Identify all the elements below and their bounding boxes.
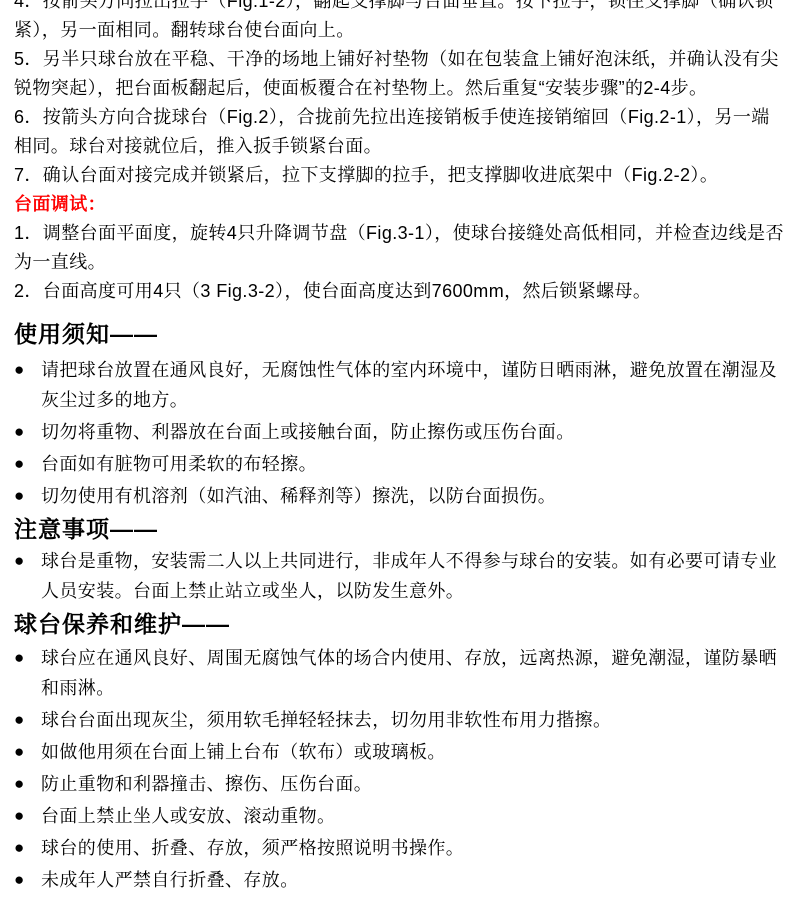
bullet-icon: ●: [14, 833, 25, 863]
list-item-text: 球台是重物，安装需二人以上共同进行，非成年人不得参与球台的安装。如有必要可请专业…: [41, 551, 777, 601]
list-item-text: 请把球台放置在通风良好，无腐蚀性气体的室内环境中，谨防日晒雨淋，避免放置在潮湿及…: [41, 360, 777, 410]
list-item: ● 请把球台放置在通风良好，无腐蚀性气体的室内环境中，谨防日晒雨淋，避免放置在潮…: [14, 355, 784, 415]
bullet-icon: ●: [14, 417, 25, 447]
list-item: ● 未成年人严禁自行折叠、存放。: [14, 865, 784, 895]
assembly-step-5: 5．另半只球台放在平稳、干净的场地上铺好衬垫物（如在包装盒上铺好泡沫纸，并确认没…: [14, 45, 784, 103]
list-item: ● 台面上禁止坐人或安放、滚动重物。: [14, 801, 784, 831]
usage-notice-heading: 使用须知——: [14, 320, 784, 348]
list-item-text: 切勿使用有机溶剂（如汽油、稀释剂等）擦洗，以防台面损伤。: [41, 486, 556, 506]
precautions-list: ● 球台是重物，安装需二人以上共同进行，非成年人不得参与球台的安装。如有必要可请…: [14, 546, 784, 606]
list-item-text: 台面上禁止坐人或安放、滚动重物。: [41, 806, 335, 826]
list-item-text: 台面如有脏物可用柔软的布轻擦。: [41, 454, 317, 474]
bullet-icon: ●: [14, 449, 25, 479]
bullet-icon: ●: [14, 769, 25, 799]
assembly-step-7: 7．确认台面对接完成并锁紧后，拉下支撑脚的拉手，把支撑脚收进底架中（Fig.2-…: [14, 161, 784, 190]
list-item-text: 球台台面出现灰尘，须用软毛掸轻轻抹去，切勿用非软性布用力揩擦。: [41, 710, 611, 730]
surface-adjustment-step-2: 2．台面高度可用4只（3 Fig.3-2），使台面高度达到7600mm，然后锁紧…: [14, 277, 784, 306]
list-item-text: 未成年人严禁自行折叠、存放。: [41, 870, 299, 890]
usage-notice-list: ● 请把球台放置在通风良好，无腐蚀性气体的室内环境中，谨防日晒雨淋，避免放置在潮…: [14, 355, 784, 511]
list-item: ● 如做他用须在台面上铺上台布（软布）或玻璃板。: [14, 737, 784, 767]
surface-adjustment-heading: 台面调试：: [14, 190, 784, 219]
list-item: ● 球台台面出现灰尘，须用软毛掸轻轻抹去，切勿用非软性布用力揩擦。: [14, 705, 784, 735]
list-item: ● 切勿使用有机溶剂（如汽油、稀释剂等）擦洗，以防台面损伤。: [14, 481, 784, 511]
list-item-text: 球台的使用、折叠、存放，须严格按照说明书操作。: [41, 838, 464, 858]
maintenance-list: ● 球台应在通风良好、周围无腐蚀气体的场合内使用、存放，远离热源，避免潮湿，谨防…: [14, 643, 784, 895]
assembly-step-6: 6．按箭头方向合拢球台（Fig.2），合拢前先拉出连接销板手使连接销缩回（Fig…: [14, 103, 784, 161]
surface-adjustment-step-1: 1．调整台面平面度，旋转4只升降调节盘（Fig.3-1），使球台接缝处高低相同，…: [14, 219, 784, 277]
list-item: ● 球台的使用、折叠、存放，须严格按照说明书操作。: [14, 833, 784, 863]
list-item: ● 球台是重物，安装需二人以上共同进行，非成年人不得参与球台的安装。如有必要可请…: [14, 546, 784, 606]
bullet-icon: ●: [14, 355, 25, 385]
bullet-icon: ●: [14, 801, 25, 831]
precautions-heading: 注意事项——: [14, 515, 784, 543]
bullet-icon: ●: [14, 643, 25, 673]
list-item: ● 防止重物和利器撞击、擦伤、压伤台面。: [14, 769, 784, 799]
list-item-text: 防止重物和利器撞击、擦伤、压伤台面。: [41, 774, 372, 794]
bullet-icon: ●: [14, 481, 25, 511]
instruction-manual-page: 4．按箭头方向拉出拉手（Fig.1-2），翻起支撑脚与台面垂直。按下拉手，锁住支…: [0, 0, 790, 915]
assembly-step-4: 4．按箭头方向拉出拉手（Fig.1-2），翻起支撑脚与台面垂直。按下拉手，锁住支…: [14, 0, 784, 45]
list-item: ● 台面如有脏物可用柔软的布轻擦。: [14, 449, 784, 479]
list-item-text: 如做他用须在台面上铺上台布（软布）或玻璃板。: [41, 742, 446, 762]
bullet-icon: ●: [14, 705, 25, 735]
list-item-text: 切勿将重物、利器放在台面上或接触台面，防止擦伤或压伤台面。: [41, 422, 575, 442]
bullet-icon: ●: [14, 737, 25, 767]
bullet-icon: ●: [14, 865, 25, 895]
list-item: ● 切勿将重物、利器放在台面上或接触台面，防止擦伤或压伤台面。: [14, 417, 784, 447]
list-item: ● 球台应在通风良好、周围无腐蚀气体的场合内使用、存放，远离热源，避免潮湿，谨防…: [14, 643, 784, 703]
list-item-text: 球台应在通风良好、周围无腐蚀气体的场合内使用、存放，远离热源，避免潮湿，谨防暴晒…: [41, 648, 777, 698]
maintenance-heading: 球台保养和维护——: [14, 610, 784, 638]
bullet-icon: ●: [14, 546, 25, 576]
